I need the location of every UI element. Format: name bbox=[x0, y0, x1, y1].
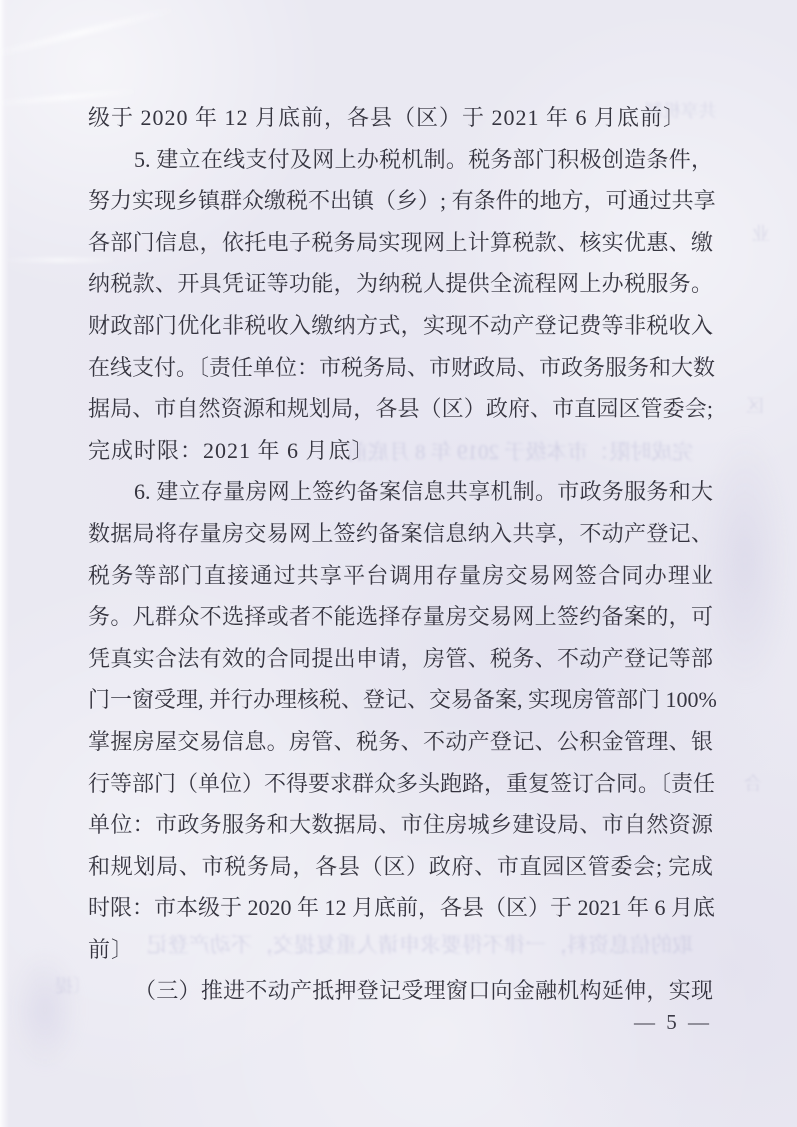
bleedthrough-mark: 业 bbox=[752, 220, 770, 246]
page-number: — 5 — bbox=[628, 1008, 718, 1036]
text-line: 前〕 bbox=[88, 929, 713, 971]
text-line: 纳税款、开具凭证等功能，为纳税人提供全流程网上办税服务。 bbox=[88, 263, 713, 305]
text-line: 凭真实合法有效的合同提出申请，房管、税务、不动产登记等部 bbox=[88, 638, 713, 680]
bleedthrough-mark: 区 bbox=[746, 392, 764, 418]
text-line: 单位：市政务服务和大数据局、市住房城乡建设局、市自然资源 bbox=[88, 804, 713, 846]
text-line: 行等部门（单位）不得要求群众多头跑路，重复签订合同。〔责任 bbox=[88, 763, 713, 805]
text-line: 完成时限：2021 年 6 月底〕 bbox=[88, 430, 713, 472]
bleedthrough-mark: 合 bbox=[744, 770, 762, 796]
text-line: 税务等部门直接通过共享平台调用存量房交易网签合同办理业 bbox=[88, 555, 713, 597]
text-line: 级于 2020 年 12 月底前，各县（区）于 2021 年 6 月底前〕 bbox=[88, 97, 713, 139]
text-line: 各部门信息，依托电子税务局实现网上计算税款、核实优惠、缴 bbox=[88, 222, 713, 264]
text-line: 在线支付。〔责任单位：市税务局、市财政局、市政务服务和大数 bbox=[88, 347, 713, 389]
text-line: 务。凡群众不选择或者不能选择存量房交易网上签约备案的，可 bbox=[88, 596, 713, 638]
text-line: 5. 建立在线支付及网上办税机制。税务部门积极创造条件， bbox=[88, 139, 713, 181]
text-line: 掌握房屋交易信息。房管、税务、不动产登记、公积金管理、银 bbox=[88, 721, 713, 763]
text-line: 努力实现乡镇群众缴税不出镇（乡）; 有条件的地方，可通过共享 bbox=[88, 180, 713, 222]
text-line: 6. 建立存量房网上签约备案信息共享机制。市政务服务和大 bbox=[88, 471, 713, 513]
scan-left-edge bbox=[0, 0, 9, 1127]
paper-smudge bbox=[700, 430, 790, 690]
text-line: 和规划局、市税务局，各县（区）政府、市直园区管委会; 完成 bbox=[88, 846, 713, 888]
text-line: 时限：市本级于 2020 年 12 月底前，各县（区）于 2021 年 6 月底 bbox=[88, 887, 713, 929]
document-body: 级于 2020 年 12 月底前，各县（区）于 2021 年 6 月底前〕 5.… bbox=[88, 97, 713, 1012]
text-line: 数据局将存量房交易网上签约备案信息纳入共享，不动产登记、 bbox=[88, 513, 713, 555]
text-line: 财政部门优化非税收入缴纳方式，实现不动产登记费等非税收入 bbox=[88, 305, 713, 347]
text-line: （三）推进不动产抵押登记受理窗口向金融机构延伸，实现 bbox=[88, 970, 713, 1012]
crease-mark bbox=[0, 6, 178, 60]
bleedthrough-text: 〔提 bbox=[55, 972, 91, 998]
paper-smudge bbox=[10, 950, 80, 1070]
scanned-document-page: { "page": { "number_label": "— 5 —", "pa… bbox=[0, 0, 797, 1127]
text-line: 据局、市自然资源和规划局，各县（区）政府、市直园区管委会; bbox=[88, 388, 713, 430]
text-line: 门一窗受理, 并行办理核税、登记、交易备案, 实现房管部门 100% bbox=[88, 679, 713, 721]
